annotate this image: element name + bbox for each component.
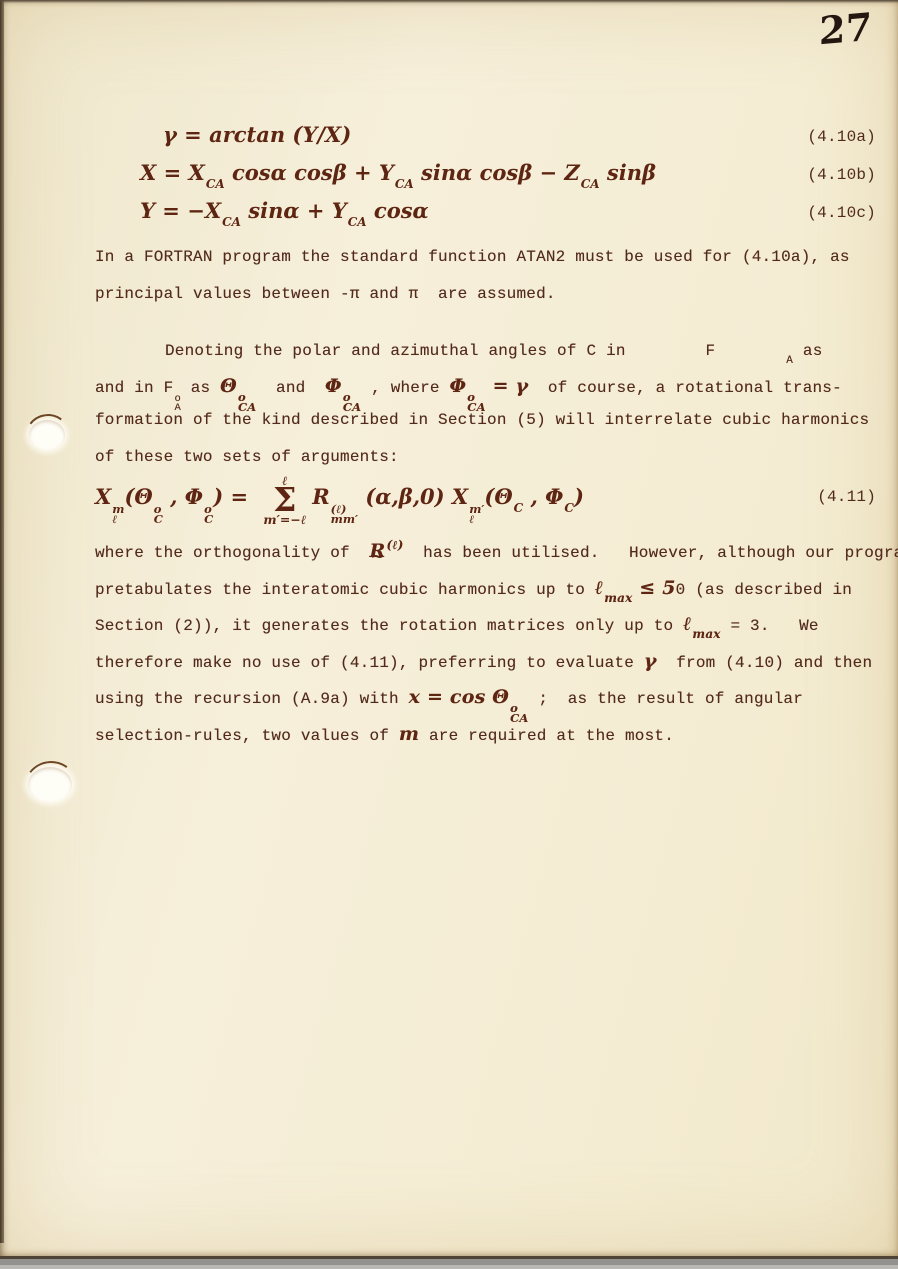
- scanned-paper-page: 27 γ = arctan (Y/X)(4.10a)X = XCA cosα c…: [0, 0, 898, 1256]
- typed-text: = 3. We: [721, 617, 819, 635]
- handwritten-text: ,: [523, 484, 545, 509]
- symbol-base: Y: [379, 160, 394, 185]
- math-symbol: R(ℓ)mm′: [312, 484, 358, 524]
- subscript: ℓ: [469, 514, 474, 524]
- math-symbol: YCA: [332, 198, 367, 227]
- paragraph-orthogonality: where the orthogonality of R(ℓ)~ has bee…: [95, 540, 882, 759]
- text-line: therefore make no use of (4.11), preferr…: [95, 650, 882, 687]
- tilde-under-icon: ~: [370, 553, 384, 561]
- subscript: CA: [222, 217, 241, 227]
- scanner-bottom-edge: [0, 1256, 898, 1269]
- symbol-base: Θ: [220, 375, 237, 397]
- math-symbol: ΦoCA: [325, 375, 361, 412]
- equation-content: γ = arctan (Y/X): [163, 129, 351, 147]
- handwritten-text: sinα +: [241, 198, 332, 223]
- equation-row: Y = −XCA sinα + YCA cosα(4.10c): [95, 198, 876, 236]
- equation-row: γ = arctan (Y/X)(4.10a): [95, 122, 876, 160]
- typed-text: , where: [361, 379, 449, 397]
- sum-lower-limit: m′=−ℓ: [263, 514, 306, 525]
- paragraph-denoting-angles: Denoting the polar and azimuthal angles …: [95, 338, 882, 484]
- subscript: CA: [348, 217, 367, 227]
- equation-row: Xmℓ(ΘoC , ΦoC) = ℓΣm′=−ℓR(ℓ)mm′ (α,β,0) …: [95, 468, 876, 532]
- subscript: C: [514, 503, 524, 513]
- symbol-base: Φ: [545, 484, 563, 509]
- handwritten-text: (: [484, 484, 494, 509]
- text-line: pretabulates the interatomic cubic harmo…: [95, 577, 882, 614]
- symbol-scripts: oCA: [510, 703, 528, 723]
- typed-text: selection-rules, two values of: [95, 727, 399, 745]
- subscript: A: [716, 356, 793, 366]
- handwritten-text: ≤ 5: [632, 577, 675, 599]
- math-symbol: ΘoC: [134, 484, 162, 524]
- typed-text: 0 (as described in: [676, 581, 852, 599]
- equation-label: (4.10c): [807, 204, 876, 222]
- symbol-base: Y: [332, 198, 347, 223]
- page-number: 27: [819, 4, 872, 54]
- equation-content: Xmℓ(ΘoC , ΦoC) = ℓΣm′=−ℓR(ℓ)mm′ (α,β,0) …: [95, 475, 584, 525]
- symbol-base: Φ: [185, 484, 203, 509]
- symbol-base: ℓ: [683, 613, 691, 635]
- handwritten-text: (α,β,0): [358, 484, 452, 509]
- symbol-scripts: m′ℓ: [469, 504, 484, 524]
- symbol-scripts: oCA: [343, 392, 361, 412]
- symbol-base: R: [312, 484, 329, 509]
- typed-text: of these two sets of arguments:: [95, 448, 399, 466]
- summation-symbol: ℓΣm′=−ℓ: [263, 475, 306, 525]
- scan-edge-top: [0, 0, 898, 3]
- handwritten-text: γ: [644, 650, 657, 672]
- symbol-scripts: oCA: [238, 392, 256, 412]
- math-symbol: ℓmax: [683, 613, 721, 639]
- handwritten-text: = γ: [486, 375, 529, 397]
- symbol-base: F: [164, 379, 174, 397]
- subscript: CA: [238, 402, 256, 412]
- equation-group-4-10: γ = arctan (Y/X)(4.10a)X = XCA cosα cosβ…: [95, 122, 876, 236]
- math-symbol: FoA: [164, 379, 181, 413]
- subscript: max: [692, 629, 720, 639]
- subscript: C: [154, 514, 163, 524]
- handwritten-text: ): [574, 484, 584, 509]
- equation-label: (4.10b): [807, 166, 876, 184]
- subscript: A: [174, 404, 181, 413]
- handwritten-text: Y = −: [140, 198, 205, 223]
- symbol-base: Θ: [494, 484, 512, 509]
- subscript: CA: [206, 179, 225, 189]
- typed-text: therefore make no use of (4.11), preferr…: [95, 654, 644, 672]
- symbol-base: X: [189, 160, 205, 185]
- math-symbol: Xmℓ: [95, 484, 124, 524]
- text-line: where the orthogonality of R(ℓ)~ has bee…: [95, 540, 882, 577]
- typed-text: of course, a rotational trans-: [528, 379, 842, 397]
- subscript: CA: [510, 713, 528, 723]
- typed-text: and: [256, 379, 325, 397]
- text-line: formation of the kind described in Secti…: [95, 411, 882, 448]
- typed-text: pretabulates the interatomic cubic harmo…: [95, 581, 595, 599]
- handwritten-text: X =: [140, 160, 189, 185]
- symbol-base: Θ: [134, 484, 152, 509]
- math-symbol: YCA: [379, 160, 414, 189]
- math-symbol: ΘCA: [832, 338, 898, 364]
- math-symbol: FA: [635, 342, 793, 366]
- symbol-base: Z: [564, 160, 579, 185]
- subscript: CA: [467, 402, 485, 412]
- text-line: and in FoA as ΘoCA and ΦoCA , where ΦoCA…: [95, 375, 882, 412]
- subscript: CA: [343, 402, 361, 412]
- math-symbol: ΘC: [494, 484, 523, 513]
- handwritten-text: γ = arctan (Y/X): [163, 122, 351, 147]
- equation-label: (4.11): [817, 488, 876, 506]
- typed-text: Section (2)), it generates the rotation …: [95, 617, 683, 635]
- math-symbol: XCA: [189, 160, 225, 189]
- handwritten-text: ) =: [213, 484, 255, 509]
- typed-text: and in: [95, 379, 164, 397]
- typed-text: formation of the kind described in Secti…: [95, 411, 869, 429]
- symbol-base: F: [705, 342, 715, 360]
- handwritten-text: sinα cosβ −: [414, 160, 565, 185]
- equation-content: Y = −XCA sinα + YCA cosα: [140, 205, 429, 223]
- handwritten-text: sinβ: [600, 160, 656, 185]
- symbol-scripts: oA: [174, 395, 181, 413]
- text-line: using the recursion (A.9a) with x = cos …: [95, 686, 882, 723]
- punch-hole-bottom: [28, 767, 72, 802]
- symbol-base: Φ: [450, 375, 467, 397]
- typed-text: where the orthogonality of: [95, 544, 369, 562]
- math-symbol: ΦC: [545, 484, 574, 513]
- symbol-scripts: mℓ: [112, 504, 124, 524]
- typed-text: from (4.10) and then: [657, 654, 873, 672]
- symbol-base: ℓ: [595, 577, 603, 599]
- math-symbol: ZCA: [564, 160, 599, 189]
- math-symbol: ΦoCA: [450, 375, 486, 412]
- math-symbol: ΘoCA: [492, 686, 528, 723]
- scan-edge-left: [0, 0, 4, 1243]
- symbol-base: Φ: [325, 375, 342, 397]
- subscript: max: [604, 593, 632, 603]
- sigma-icon: Σ: [273, 486, 296, 514]
- symbol-scripts: oCA: [467, 392, 485, 412]
- symbol-scripts: oC: [204, 504, 213, 524]
- symbol-scripts: (ℓ)mm′: [331, 504, 358, 524]
- typed-text: using the recursion (A.9a) with: [95, 690, 409, 708]
- subscript: CA: [581, 179, 600, 189]
- subscript: ℓ: [112, 514, 117, 524]
- math-symbol: ℓmax: [595, 577, 633, 603]
- typed-text: as: [793, 342, 832, 360]
- typed-text: Denoting the polar and azimuthal angles …: [165, 342, 635, 360]
- subscript: CA: [395, 179, 414, 189]
- punch-hole-top: [29, 420, 65, 450]
- typed-text: In a FORTRAN program the standard functi…: [95, 248, 850, 266]
- text-line: In a FORTRAN program the standard functi…: [95, 248, 882, 285]
- handwritten-text: cosα cosβ +: [225, 160, 379, 185]
- math-symbol: ΦoC: [185, 484, 213, 524]
- text-line: Section (2)), it generates the rotation …: [95, 613, 882, 650]
- symbol-base: Θ: [492, 686, 509, 708]
- subscript: C: [564, 503, 574, 513]
- typed-text: has been utilised. However, although our…: [404, 544, 898, 562]
- typed-text: principal values between -π and π are as…: [95, 285, 556, 303]
- handwritten-text: cosα: [367, 198, 429, 223]
- handwritten-text: x = cos: [409, 686, 493, 708]
- math-symbol: Xm′ℓ: [452, 484, 485, 524]
- typed-text: as: [181, 379, 220, 397]
- subscript: mm′: [331, 514, 358, 524]
- symbol-scripts: oC: [154, 504, 163, 524]
- symbol-base: X: [95, 484, 111, 509]
- text-line: selection-rules, two values of m are req…: [95, 723, 882, 760]
- symbol-base: X: [205, 198, 221, 223]
- math-symbol: XCA: [205, 198, 241, 227]
- paragraph-fortran-note: In a FORTRAN program the standard functi…: [95, 248, 882, 321]
- handwritten-text: (: [124, 484, 134, 509]
- equation-label: (4.10a): [807, 128, 876, 146]
- subscript: C: [204, 514, 213, 524]
- handwritten-text: ,: [163, 484, 185, 509]
- math-symbol: ΘoCA: [220, 375, 256, 412]
- typed-text: ; as the result of angular: [529, 690, 803, 708]
- text-line: Denoting the polar and azimuthal angles …: [95, 338, 882, 375]
- symbol-base: X: [452, 484, 468, 509]
- superscript: (ℓ): [386, 540, 403, 550]
- math-symbol: R(ℓ)~: [369, 540, 403, 562]
- handwritten-text: m: [399, 723, 419, 745]
- equation-4-11: Xmℓ(ΘoC , ΦoC) = ℓΣm′=−ℓR(ℓ)mm′ (α,β,0) …: [95, 468, 876, 532]
- equation-content: X = XCA cosα cosβ + YCA sinα cosβ − ZCA …: [140, 167, 656, 185]
- equation-row: X = XCA cosα cosβ + YCA sinα cosβ − ZCA …: [95, 160, 876, 198]
- text-line: principal values between -π and π are as…: [95, 285, 882, 322]
- typed-text: are required at the most.: [419, 727, 674, 745]
